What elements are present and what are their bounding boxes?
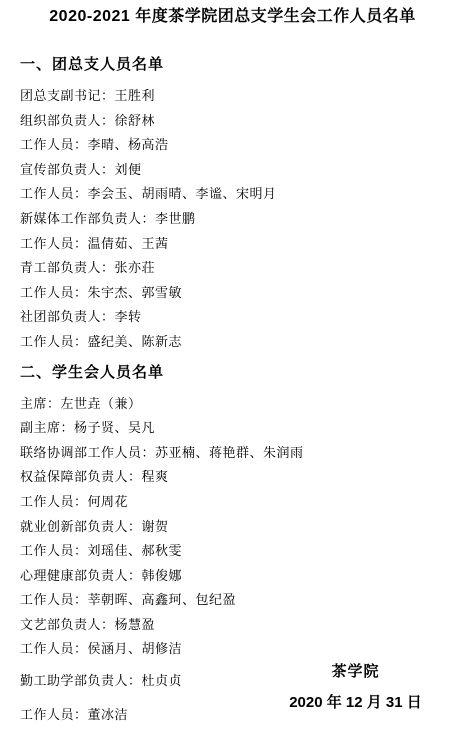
staff-line: 工作人员：刘瑶佳、郝秋雯: [20, 539, 465, 564]
staff-line: 宣传部负责人：刘便: [20, 158, 465, 183]
section-heading-student-union: 二、学生会人员名单: [20, 363, 465, 383]
signature-org: 茶学院: [285, 661, 426, 683]
staff-line: 权益保障部负责人：程爽: [20, 465, 465, 490]
staff-line: 副主席：杨子贤、吴凡: [20, 416, 465, 441]
staff-line: 组织部负责人：徐舒林: [20, 109, 465, 134]
staff-line: 工作人员：李会玉、胡雨晴、李谧、宋明月: [20, 182, 465, 207]
staff-line: 工作人员：莘朝晖、高鑫珂、包纪盈: [20, 588, 465, 613]
staff-line: 心理健康部负责人：韩俊娜: [20, 564, 465, 589]
section-heading-league: 一、团总支人员名单: [20, 55, 465, 75]
staff-line: 工作人员：侯涵月、胡修洁: [20, 637, 465, 662]
staff-line: 文艺部负责人：杨慧盈: [20, 613, 465, 638]
league-staff-list: 团总支副书记：王胜利 组织部负责人：徐舒林 工作人员：李晴、杨高浩 宣传部负责人…: [0, 84, 465, 355]
staff-line: 团总支副书记：王胜利: [20, 84, 465, 109]
staff-line: 主席：左世垚（兼）: [20, 392, 465, 417]
staff-line: 工作人员：李晴、杨高浩: [20, 133, 465, 158]
document-title: 2020-2021 年度茶学院团总支学生会工作人员名单: [0, 0, 465, 27]
staff-line: 新媒体工作部负责人：李世鹏: [20, 207, 465, 232]
document-page: 2020-2021 年度茶学院团总支学生会工作人员名单 一、团总支人员名单 团总…: [0, 0, 465, 733]
staff-line: 工作人员：温倩茹、王茜: [20, 232, 465, 257]
staff-line: 工作人员：何周花: [20, 490, 465, 515]
staff-line: 社团部负责人：李转: [20, 305, 465, 330]
signature-date: 2020 年 12 月 31 日: [285, 692, 426, 714]
signature-block: 茶学院 2020 年 12 月 31 日: [285, 661, 426, 714]
staff-line: 工作人员：盛纪美、陈新志: [20, 330, 465, 355]
staff-line: 工作人员：朱宇杰、郭雪敏: [20, 281, 465, 306]
staff-line: 青工部负责人：张亦荘: [20, 256, 465, 281]
staff-line: 联络协调部工作人员：苏亚楠、蒋艳群、朱润雨: [20, 441, 465, 466]
staff-line: 就业创新部负责人：谢贺: [20, 515, 465, 540]
